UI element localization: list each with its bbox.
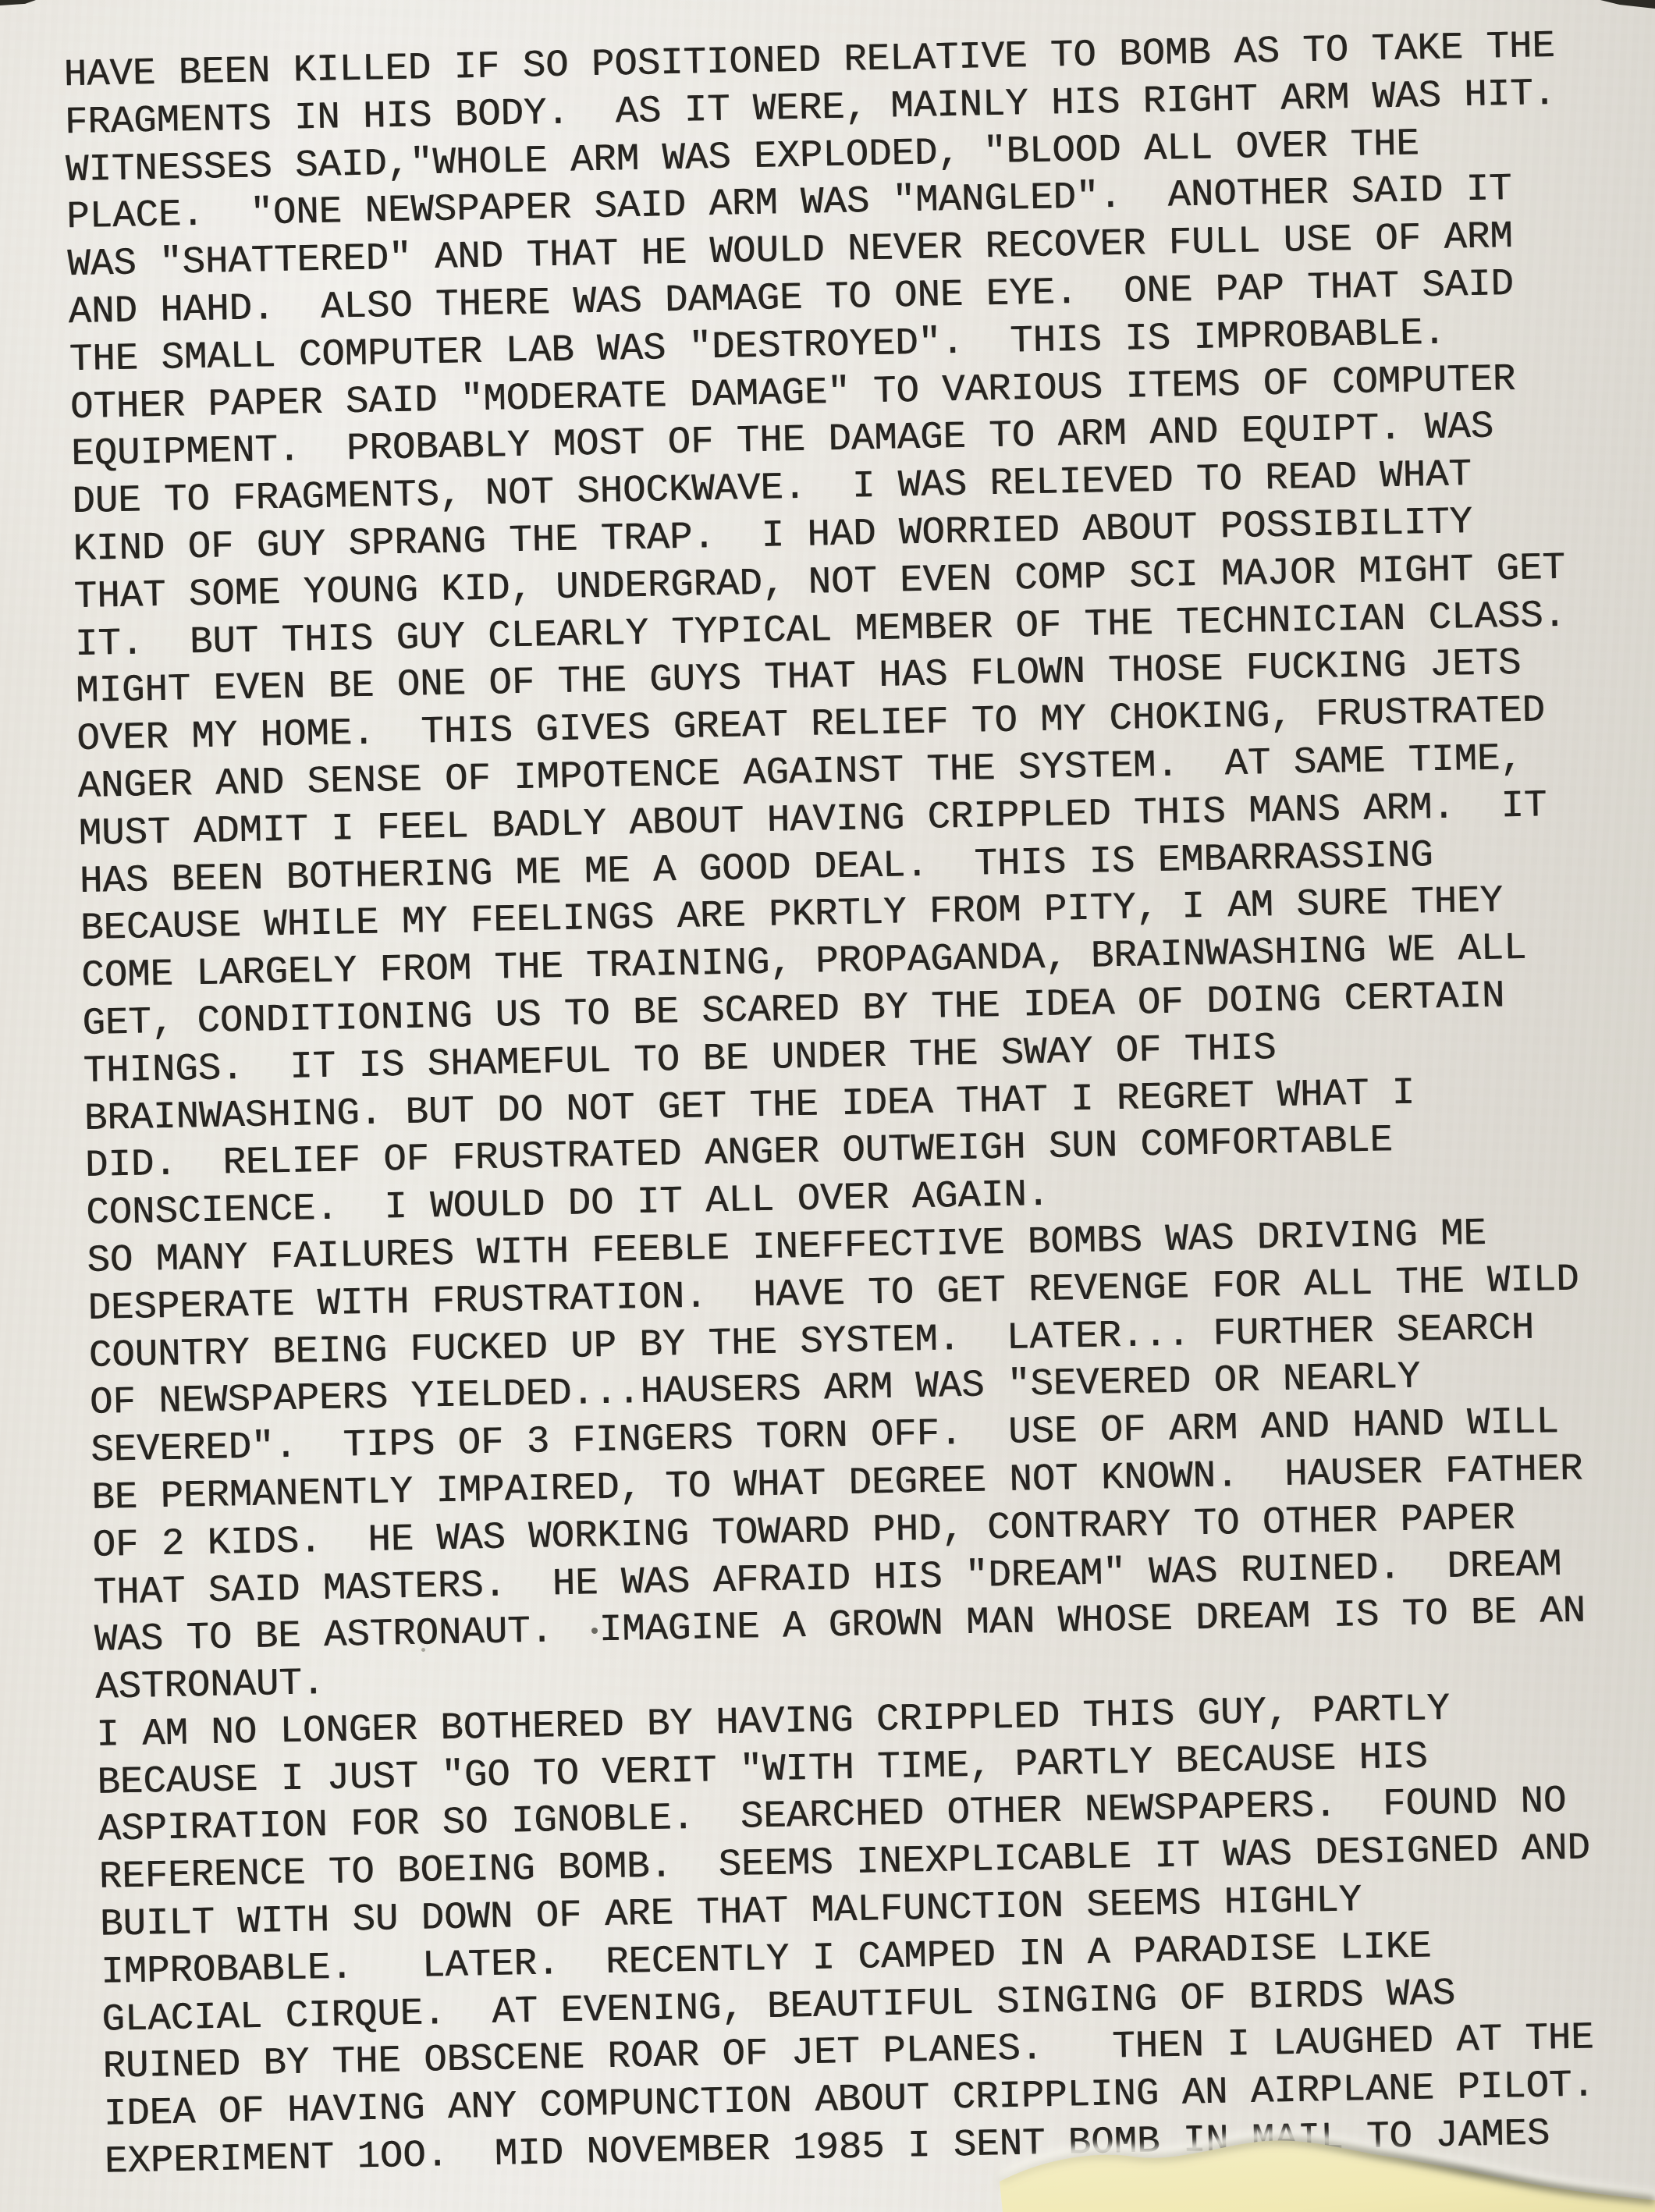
ink-speck — [591, 1628, 598, 1634]
ink-speck — [421, 1648, 425, 1652]
torn-corner — [979, 2107, 1655, 2212]
typewritten-text-block: HAVE BEEN KILLED IF SO POSITIONED RELATI… — [63, 23, 1596, 2186]
scanned-document-page: HAVE BEEN KILLED IF SO POSITIONED RELATI… — [0, 0, 1655, 2212]
